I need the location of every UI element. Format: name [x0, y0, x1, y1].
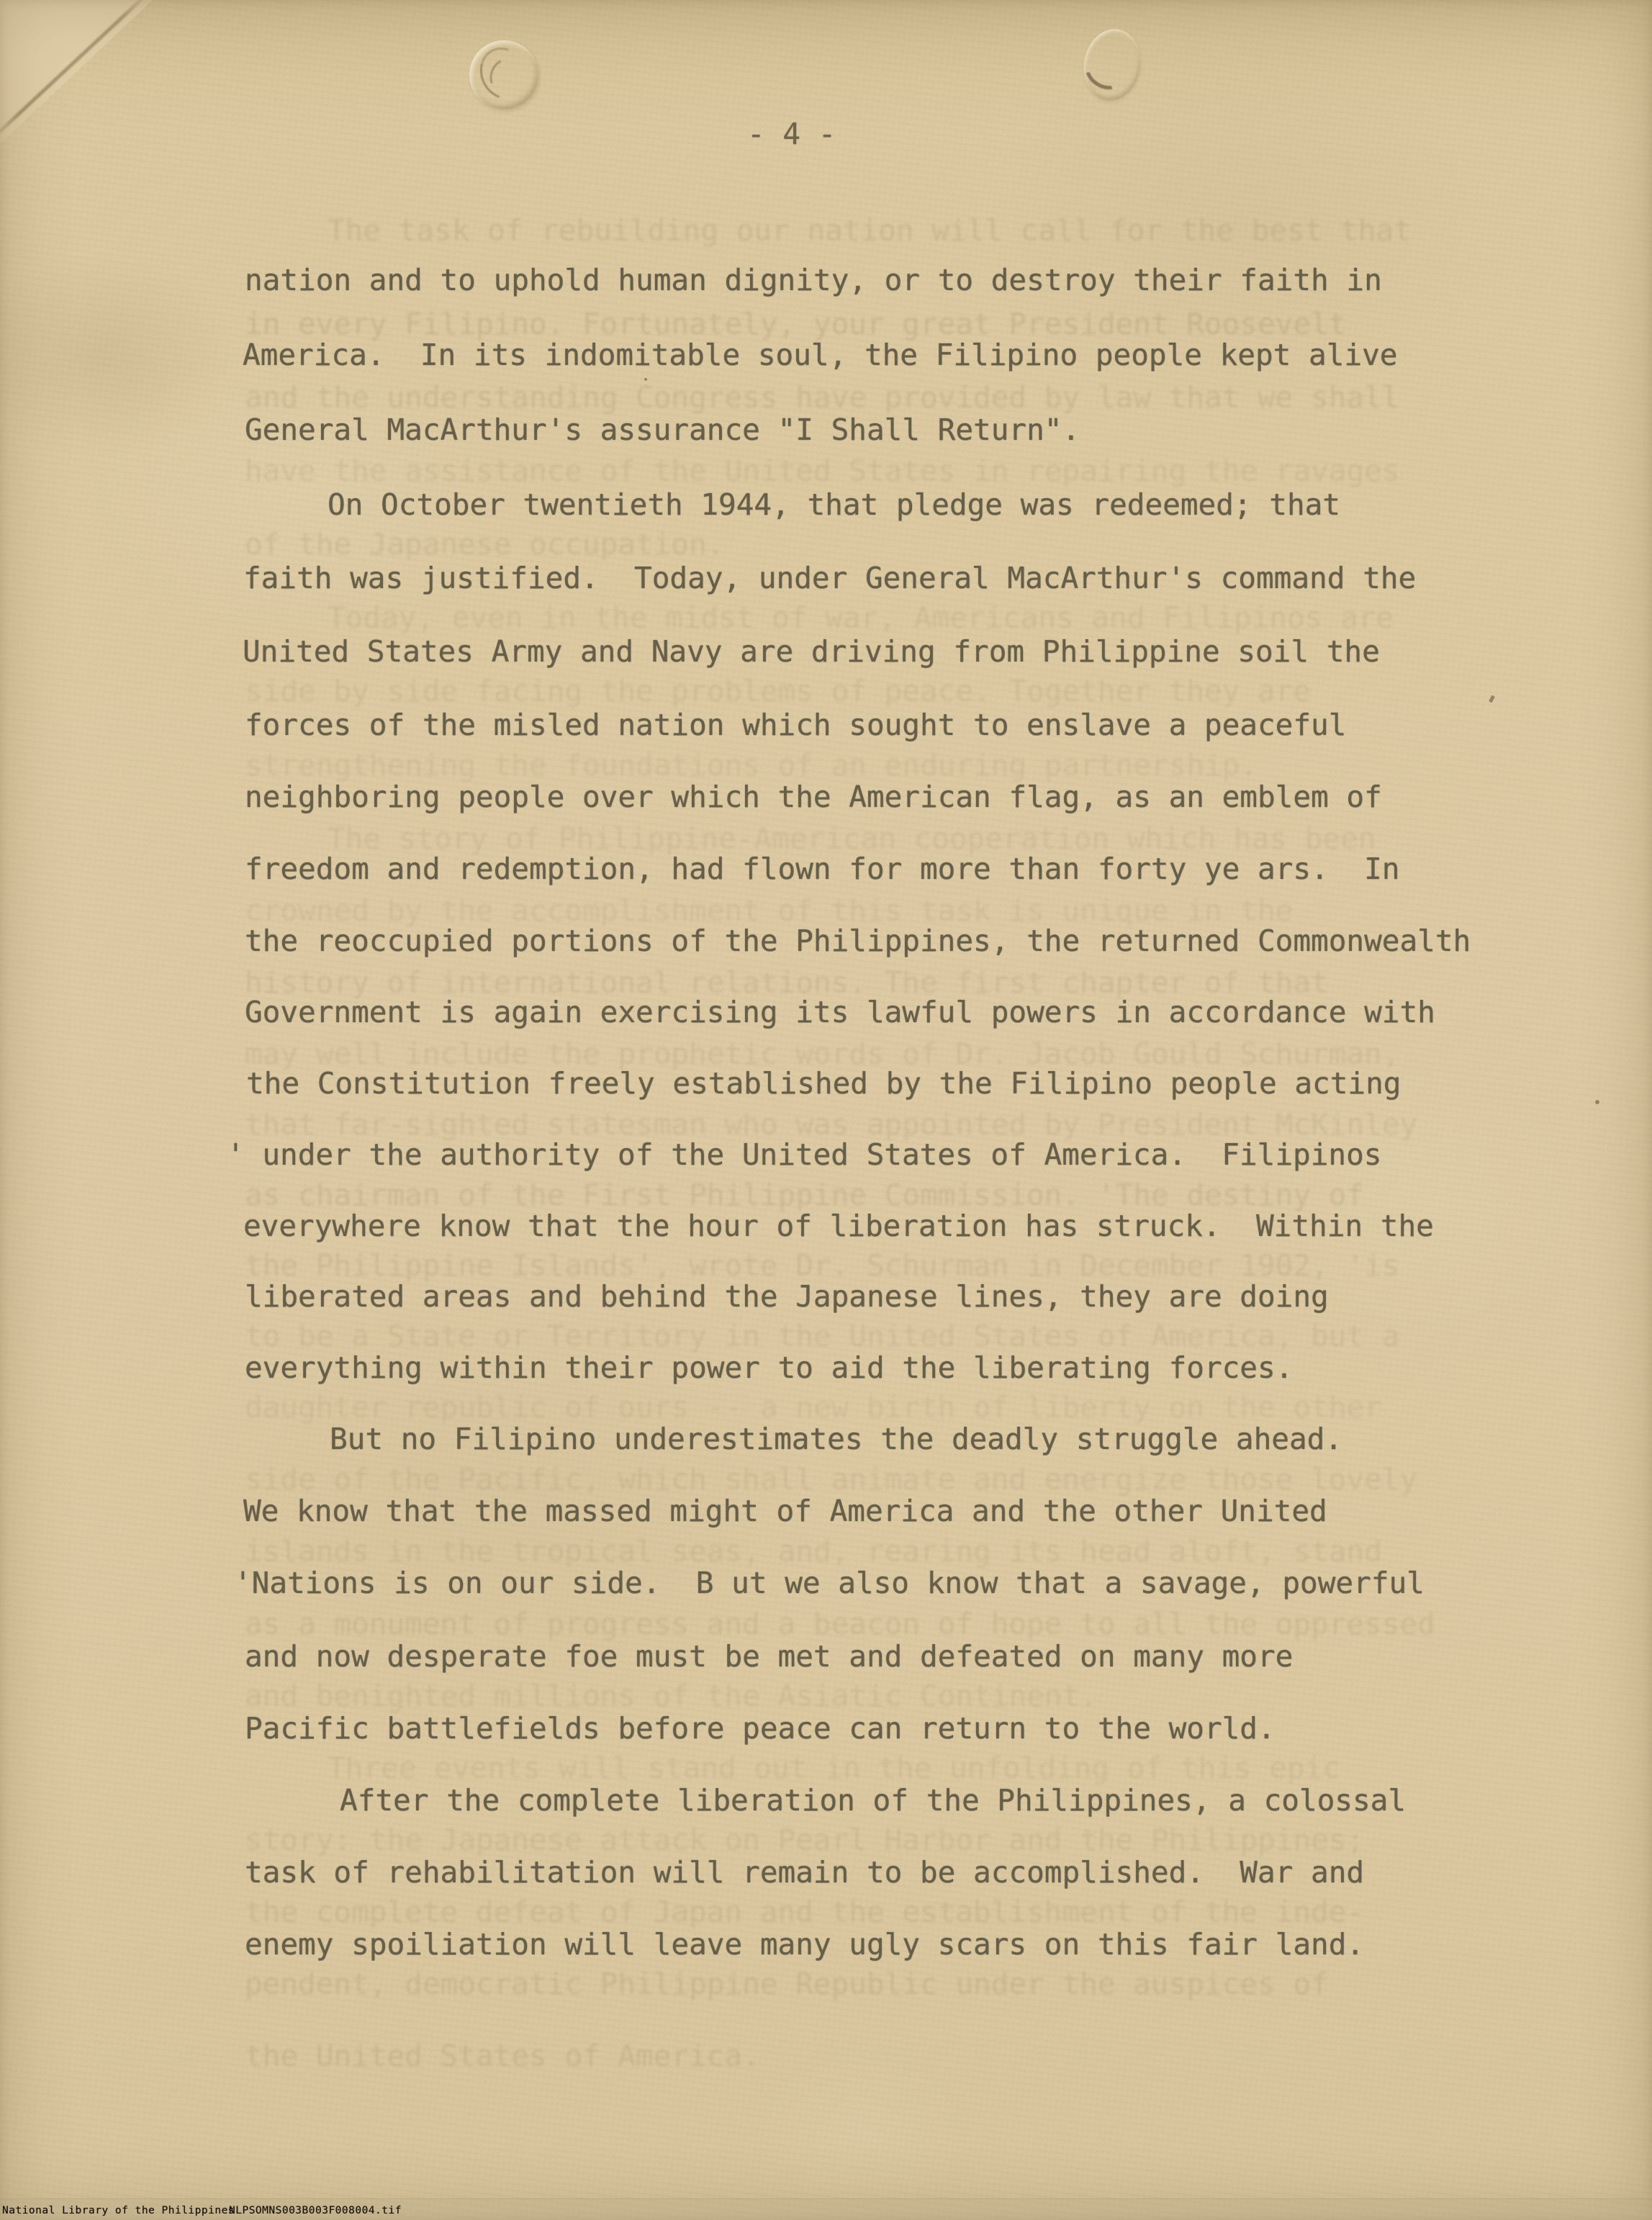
ghost-line: strengthening the foundations of an endu… — [245, 751, 1258, 780]
typed-line: the reoccupied portions of the Philippin… — [245, 926, 1471, 956]
ghost-line: Three events will stand out in the unfol… — [328, 1754, 1340, 1783]
ghost-line: that far-sighted statesman who was appoi… — [245, 1110, 1417, 1140]
typed-line: But no Filipino underestimates the deadl… — [330, 1425, 1342, 1454]
ghost-line: The story of Philippine-American coopera… — [328, 824, 1376, 854]
typed-line: neighboring people over which the Americ… — [245, 782, 1382, 812]
typed-line: enemy spoiliation will leave many ugly s… — [245, 1930, 1364, 1959]
ghost-line: of the Japanese occupation. — [245, 530, 724, 559]
ghost-line: story: the Japanese attack on Pearl Harb… — [245, 1826, 1364, 1855]
ghost-line: the Philippine Islands', wrote Dr. Schur… — [245, 1251, 1399, 1281]
typed-line: everything within their power to aid the… — [245, 1353, 1293, 1383]
typed-line: ' under the authority of the United Stat… — [227, 1140, 1381, 1170]
ghost-line: side by side facing the problems of peac… — [245, 677, 1311, 706]
typed-line: General MacArthur's assurance "I Shall R… — [245, 415, 1080, 445]
typed-line: faith was justified. Today, under Genera… — [243, 564, 1416, 593]
ghost-line: may well include the prophetic words of … — [245, 1039, 1399, 1069]
typed-line: and now desperate foe must be met and de… — [245, 1642, 1293, 1671]
ink-speck — [1489, 695, 1495, 703]
typed-line: After the complete liberation of the Phi… — [340, 1786, 1406, 1815]
ghost-line: and the understanding Congress have prov… — [245, 383, 1399, 412]
ghost-line: islands in the tropical seas, and, reari… — [245, 1537, 1382, 1566]
ghost-line: the complete defeat of Japan and the est… — [245, 1898, 1364, 1927]
typed-line: liberated areas and behind the Japanese … — [245, 1282, 1329, 1312]
typed-line: task of rehabilitation will remain to be… — [245, 1858, 1364, 1887]
typed-line: We know that the massed might of America… — [243, 1497, 1327, 1526]
oval-emboss-seal-icon — [1078, 24, 1146, 105]
ghost-line: as chairman of the First Philippine Comm… — [245, 1181, 1364, 1210]
spiral-emboss-seal-icon — [469, 40, 538, 109]
typed-line: nation and to uphold human dignity, or t… — [245, 266, 1382, 295]
typed-line: On October twentieth 1944, that pledge w… — [328, 490, 1340, 520]
ghost-line: to be a State or Territory in the United… — [245, 1322, 1399, 1351]
typed-line: everywhere know that the hour of liberat… — [243, 1211, 1434, 1241]
ghost-line: Today, even in the midst of war, America… — [328, 603, 1394, 633]
ink-speck — [1595, 1100, 1599, 1104]
ghost-line: The task of rebuilding our nation will c… — [328, 216, 1412, 245]
typed-line: freedom and redemption, had flown for mo… — [245, 854, 1399, 884]
ghost-line: crowned by the accomplishment of this ta… — [245, 896, 1293, 926]
ghost-line: side of the Pacific, which shall animate… — [245, 1465, 1417, 1494]
scanned-document-page: - 4 - The task of rebuilding our nation … — [0, 0, 1652, 2220]
typed-line: United States Army and Navy are driving … — [243, 637, 1380, 667]
ghost-line: in every Filipino. Fortunately, your gre… — [245, 310, 1346, 339]
typed-line: the Constitution freely established by t… — [246, 1069, 1401, 1098]
ghost-line: pendent, democratic Philippine Republic … — [245, 1969, 1329, 1999]
typed-line: forces of the misled nation which sought… — [245, 710, 1346, 740]
corner-fold — [0, 0, 153, 144]
library-name: National Library of the Philippines — [2, 2206, 235, 2216]
typed-line: America. In its indomitable soul, the Fi… — [243, 340, 1397, 370]
scanner-caption-bar: National Library of the Philippines NLPS… — [0, 2198, 1652, 2220]
typed-line: Pacific battlefields before peace can re… — [245, 1714, 1276, 1743]
scan-filename: NLPSOMNS003B003F008004.tif — [229, 2206, 402, 2216]
ghost-line: have the assistance of the United States… — [245, 456, 1399, 486]
ghost-line: and benighted millions of the Asiatic Co… — [245, 1682, 1098, 1711]
typed-line: 'Nations is on our side. B ut we also kn… — [234, 1569, 1425, 1598]
ghost-line: as a monument of progress and a beacon o… — [245, 1610, 1435, 1639]
typed-line: Government is again exercising its lawfu… — [245, 998, 1435, 1027]
page-number: - 4 - — [747, 119, 836, 149]
ghost-line: the United States of America. — [245, 2041, 760, 2071]
ghost-line: history of international relations. The … — [245, 968, 1329, 998]
ghost-line: daughter republic of ours -- a new birth… — [245, 1393, 1382, 1422]
